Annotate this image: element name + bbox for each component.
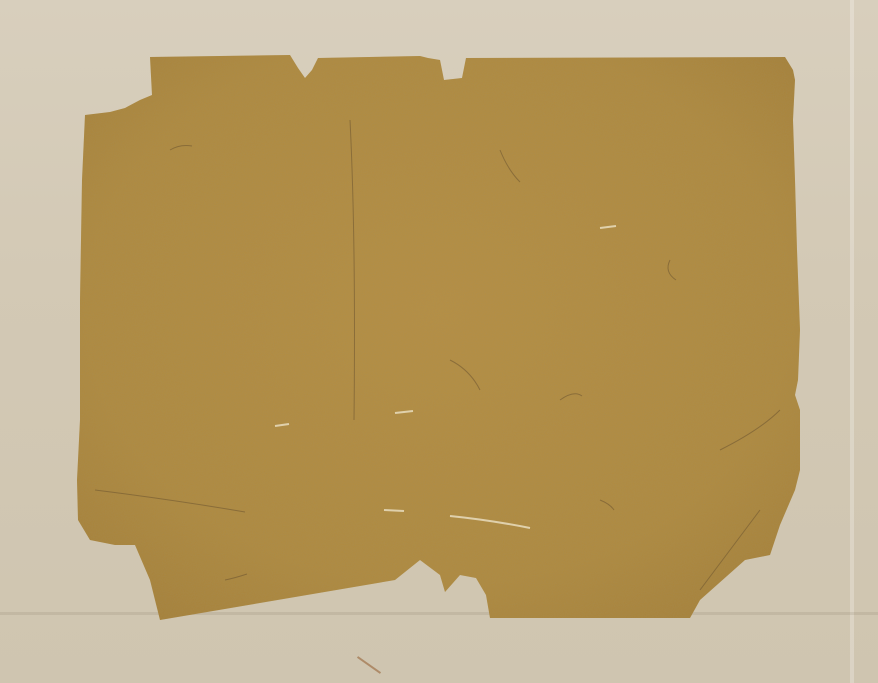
photo-scene — [0, 0, 878, 683]
paper-fragment — [0, 0, 878, 683]
